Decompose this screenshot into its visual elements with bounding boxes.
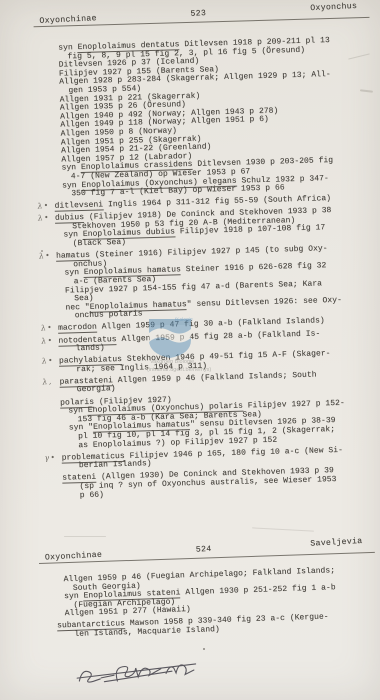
underlined-taxon: ditlevseni [55, 201, 104, 212]
line-text: p 66) [80, 490, 105, 500]
line-text: (Black Sea) [73, 238, 127, 248]
line-text: berian Islands) [79, 459, 152, 470]
pencil-mark: λ• [42, 357, 55, 367]
line-text: onchus polaris [75, 310, 143, 321]
running-head-right: Oxyonchus [310, 2, 357, 13]
scan-speck [41, 250, 43, 252]
pencil-mark: λ• [41, 336, 54, 346]
scan-artifact [252, 527, 314, 531]
pencil-mark: λ• [38, 214, 51, 224]
page-header: Oxyonchinae 524 Saveljevia [0, 536, 379, 565]
page-number: 524 [196, 545, 212, 555]
running-head-right: Saveljevia [310, 537, 363, 549]
pencil-mark: λ• [41, 324, 54, 334]
line-text: lands) [75, 344, 104, 354]
line-text: Georgia) [77, 385, 116, 395]
pencil-mark: λ• [37, 202, 50, 212]
page-body: syn Enoplolaimus dentatus Ditlevsen 1918… [42, 36, 380, 501]
page-number: 523 [190, 9, 206, 19]
page-body: Allgen 1959 p 46 (Fuegian Archipelago; F… [47, 566, 380, 641]
scanned-document: Oxyonchinae 523 Oxyonchus syn Enoplolaim… [0, 0, 380, 700]
scanned-page-524: Oxyonchinae 524 Saveljevia Allgen 1959 p… [0, 540, 380, 642]
underlined-taxon: macrodon [58, 323, 97, 334]
scan-artifact [64, 536, 106, 537]
handwritten-signature-scribble [73, 653, 201, 694]
pencil-mark: λ• [39, 252, 52, 262]
pencil-mark: λ, [42, 377, 53, 387]
page-header: Oxyonchinae 523 Oxyonchus [0, 1, 373, 28]
scanned-page-523: Oxyonchinae 523 Oxyonchus syn Enoplolaim… [0, 5, 380, 503]
scan-speck [203, 648, 205, 650]
pencil-mark: γ• [44, 453, 57, 463]
